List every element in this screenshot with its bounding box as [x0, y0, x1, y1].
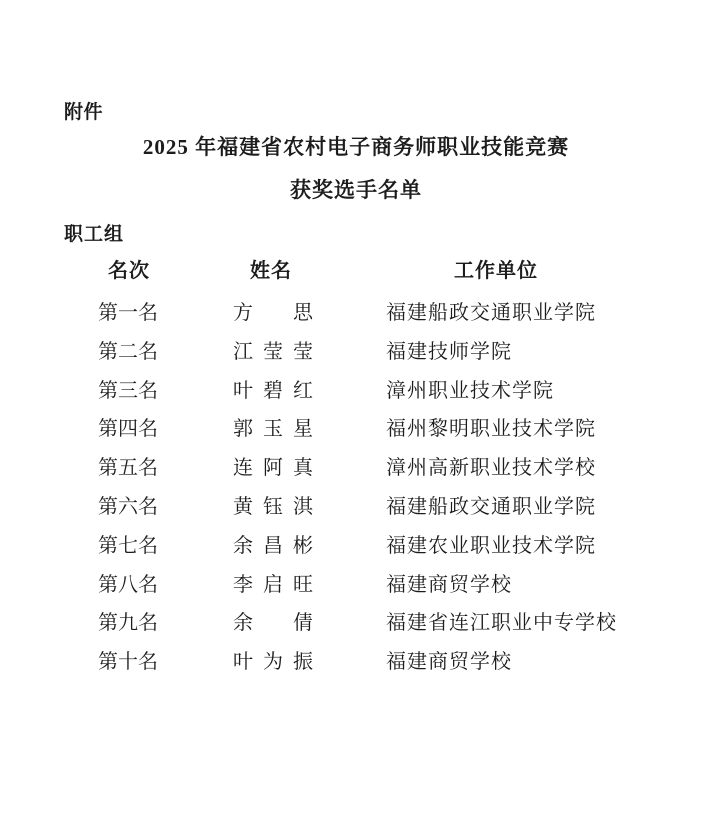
document-title-line1: 2025 年福建省农村电子商务师职业技能竞赛 — [0, 126, 712, 169]
header-rank: 名次 — [98, 254, 160, 283]
unit-cell: 福建商贸学校 — [386, 572, 512, 598]
name-cell: 黄钰淇 — [233, 494, 313, 520]
unit-cell: 漳州职业技术学院 — [386, 378, 554, 404]
name-cell: 叶碧红 — [233, 378, 313, 404]
name-cell: 方 思 — [233, 300, 313, 326]
table-row: 第四名 郭玉星 福州黎明职业技术学院 — [0, 416, 724, 455]
rank-cell: 第七名 — [98, 533, 162, 559]
rank-cell: 第九名 — [98, 610, 162, 636]
name-cell: 余 倩 — [233, 610, 313, 636]
unit-cell: 福州黎明职业技术学院 — [386, 416, 596, 442]
results-table-body: 第一名 方 思 福建船政交通职业学院 第二名 江莹莹 福建技师学院 第三名 叶碧… — [0, 300, 724, 688]
rank-cell: 第三名 — [98, 378, 162, 404]
name-cell: 江莹莹 — [233, 339, 313, 365]
name-cell: 李启旺 — [233, 572, 313, 598]
name-cell: 郭玉星 — [233, 416, 313, 442]
unit-cell: 福建船政交通职业学院 — [386, 494, 596, 520]
rank-cell: 第十名 — [98, 649, 162, 675]
table-row: 第一名 方 思 福建船政交通职业学院 — [0, 300, 724, 339]
table-row: 第八名 李启旺 福建商贸学校 — [0, 572, 724, 611]
attachment-label: 附件 — [64, 97, 103, 124]
name-cell: 叶为振 — [233, 649, 313, 675]
rank-cell: 第一名 — [98, 300, 162, 326]
rank-cell: 第五名 — [98, 455, 162, 481]
rank-cell: 第六名 — [98, 494, 162, 520]
rank-cell: 第八名 — [98, 572, 162, 598]
group-label: 职工组 — [64, 219, 124, 246]
table-header-row: 名次 姓名 工作单位 — [0, 254, 724, 300]
table-row: 第三名 叶碧红 漳州职业技术学院 — [0, 378, 724, 417]
unit-cell: 福建商贸学校 — [386, 649, 512, 675]
unit-cell: 福建船政交通职业学院 — [386, 300, 596, 326]
unit-cell: 福建技师学院 — [386, 339, 512, 365]
table-row: 第十名 叶为振 福建商贸学校 — [0, 649, 724, 688]
document-page: 附件 2025 年福建省农村电子商务师职业技能竞赛 获奖选手名单 职工组 名次 … — [0, 0, 724, 820]
table-row: 第七名 余昌彬 福建农业职业技术学院 — [0, 533, 724, 572]
table-row: 第二名 江莹莹 福建技师学院 — [0, 339, 724, 378]
unit-cell: 福建农业职业技术学院 — [386, 533, 596, 559]
document-title: 2025 年福建省农村电子商务师职业技能竞赛 获奖选手名单 — [0, 126, 712, 212]
header-name: 姓名 — [231, 254, 311, 283]
unit-cell: 福建省连江职业中专学校 — [386, 610, 617, 636]
document-title-line2: 获奖选手名单 — [0, 169, 712, 212]
table-row: 第六名 黄钰淇 福建船政交通职业学院 — [0, 494, 724, 533]
results-table: 名次 姓名 工作单位 第一名 方 思 福建船政交通职业学院 第二名 江莹莹 福建… — [0, 254, 724, 688]
name-cell: 余昌彬 — [233, 533, 313, 559]
table-row: 第五名 连阿真 漳州高新职业技术学校 — [0, 455, 724, 494]
rank-cell: 第四名 — [98, 416, 162, 442]
name-cell: 连阿真 — [233, 455, 313, 481]
unit-cell: 漳州高新职业技术学校 — [386, 455, 596, 481]
rank-cell: 第二名 — [98, 339, 162, 365]
header-unit: 工作单位 — [386, 254, 606, 283]
table-row: 第九名 余 倩 福建省连江职业中专学校 — [0, 610, 724, 649]
